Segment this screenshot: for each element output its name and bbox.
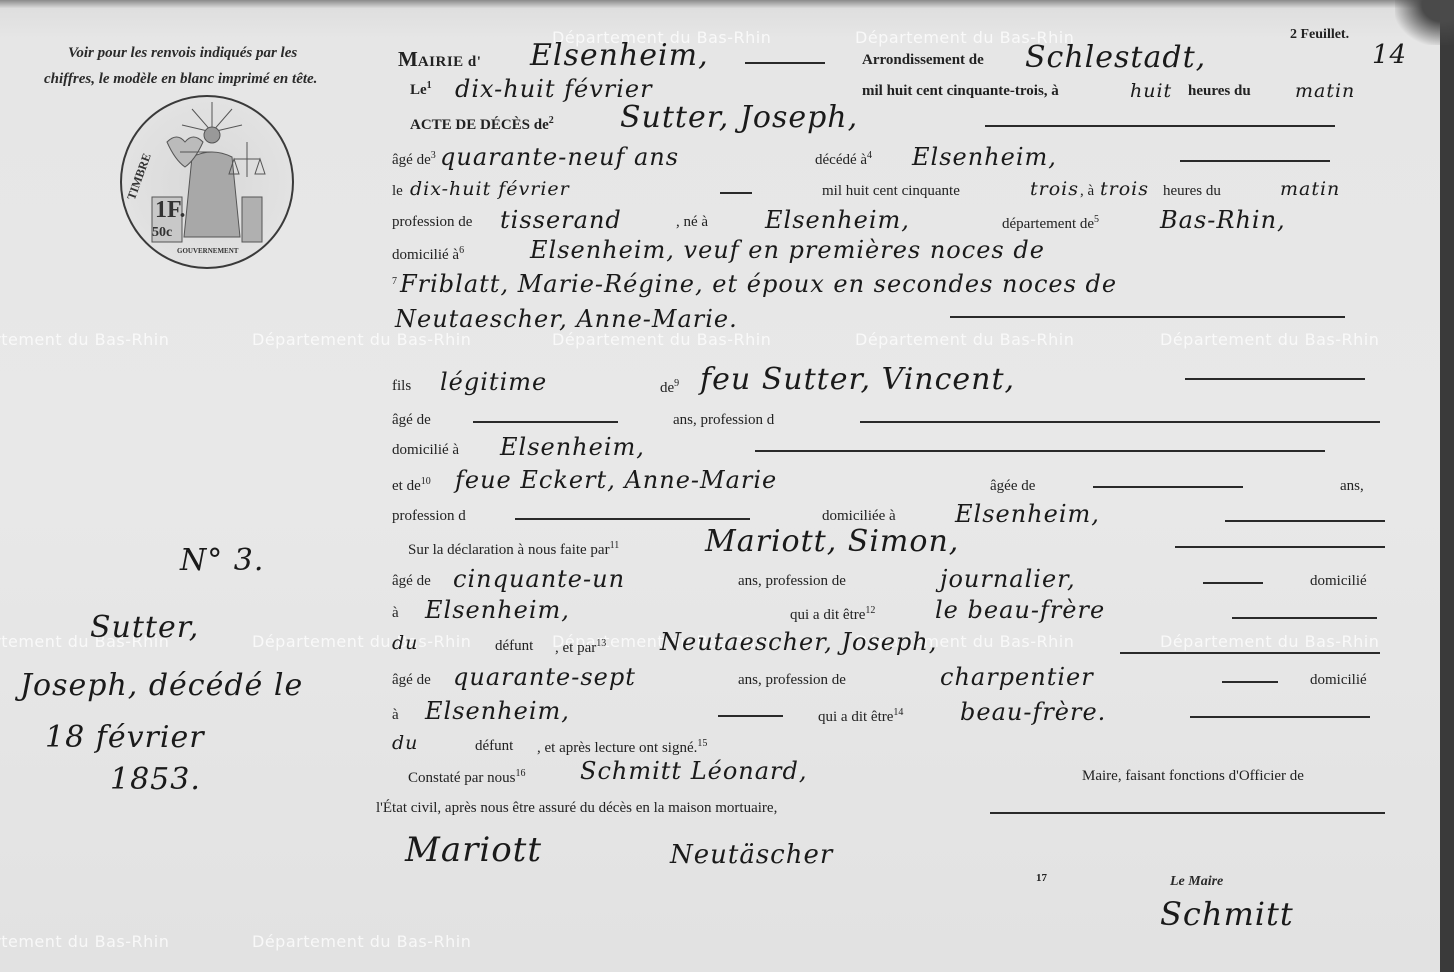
d1-age: cinquante-un (453, 565, 625, 593)
fill-line (990, 812, 1385, 814)
father-domicile: Elsenheim, (500, 433, 645, 461)
margin-summary-line: Sutter, (90, 610, 199, 645)
fiscal-stamp: TIMBRE 1F. 50c GOUVERNEMENT (120, 95, 294, 269)
fill-line (860, 421, 1380, 423)
death-date: dix-huit février (410, 178, 570, 200)
age-label: âgé de3 (392, 150, 436, 169)
le-label: Le1 (410, 80, 432, 99)
father-name: feu Sutter, Vincent, (700, 362, 1015, 397)
domicile-label: domicilié à6 (392, 245, 464, 264)
fill-line (1120, 652, 1380, 654)
de9-label: de9 (660, 378, 679, 397)
profession-value: tisserand (500, 206, 622, 234)
registration-year-text: mil huit cent cinquante-trois, à (862, 83, 1059, 100)
watermark: Département du Bas-Rhin (1160, 330, 1379, 349)
profession-label: profession de (392, 214, 472, 231)
fill-line (1225, 520, 1385, 522)
fill-line (985, 125, 1335, 127)
d1-domicile-label: domicilié (1310, 573, 1367, 590)
domicile-value: Elsenheim, veuf en premières noces de (530, 236, 1045, 264)
etat-civil-label: l'État civil, après nous être assuré du … (376, 800, 777, 817)
fils-label: fils (392, 378, 411, 395)
deceased-name: Sutter, Joseph, (620, 100, 858, 135)
fill-line (1190, 716, 1370, 718)
stamp-footer: GOUVERNEMENT (177, 247, 238, 255)
declarant1-name: Mariott, Simon, (705, 524, 959, 559)
fill-line (473, 421, 618, 423)
fill-line (1175, 546, 1385, 548)
et-de-label: et de10 (392, 476, 431, 495)
watermark: Département du Bas-Rhin (1160, 632, 1379, 651)
acte-label: ACTE DE DÉCÈS de2 (410, 115, 554, 134)
death-year-value: trois (1030, 178, 1079, 200)
signature-marker: 17 (1036, 872, 1047, 884)
death-place: Elsenheim, (912, 143, 1057, 171)
watermark: Département du Bas-Rhin (0, 932, 169, 951)
d2-prof: charpentier (940, 663, 1094, 691)
fill-line (745, 62, 825, 64)
constate-label: Constaté par nous16 (408, 768, 525, 787)
du-label-2: du (392, 732, 418, 754)
father-domicile-label: domicilié à (392, 442, 459, 459)
a-label-2: à (392, 707, 399, 724)
a-label: à (392, 605, 399, 622)
time-of-day: matin (1295, 80, 1355, 102)
fill-line (1203, 582, 1263, 584)
le-maire-label: Le Maire (1170, 874, 1223, 890)
watermark: Département du Bas-Rhin (252, 632, 471, 651)
margin-instruction-line: chiffres, le modèle en blanc imprimé en … (44, 71, 317, 88)
folio-number: 14 (1372, 40, 1407, 70)
d2-prof-label: ans, profession de (738, 672, 846, 689)
scan-right-edge (1440, 0, 1454, 972)
registration-date: dix-huit février (455, 75, 653, 103)
d1-age-label: âgé de (392, 573, 431, 590)
fill-line (1180, 160, 1330, 162)
d1-domicile: Elsenheim, (425, 596, 570, 624)
du-label: du (392, 632, 418, 654)
et-par-label: , et par13 (555, 638, 606, 657)
d2-age: quarante-sept (453, 663, 636, 691)
declarant2-name: Neutaescher, Joseph, (660, 628, 937, 656)
watermark: Département du Bas-Rhin (0, 330, 169, 349)
d1-relation: le beau-frère (935, 596, 1105, 624)
maire-label: Maire, faisant fonctions d'Officier de (1082, 768, 1304, 785)
margin-summary-line: 1853. (110, 762, 201, 797)
second-spouse: Neutaescher, Anne-Marie. (395, 305, 738, 333)
birthplace: Elsenheim, (765, 206, 910, 234)
fill-line (1185, 378, 1365, 380)
mother-domicile-label: domiciliée à (822, 508, 896, 525)
d1-prof: journalier, (940, 565, 1076, 593)
mother-domicile: Elsenheim, (955, 500, 1100, 528)
mother-age-label: âgée de (990, 478, 1035, 495)
age-value: quarante-neuf ans (440, 143, 679, 171)
lecture-label: , et après lecture ont signé.15 (537, 738, 707, 757)
death-time-of-day: matin (1280, 178, 1340, 200)
scan-corner-shadow (1395, 0, 1454, 45)
margin-summary-line: 18 février (45, 720, 205, 755)
death-hours-label: heures du (1163, 183, 1221, 200)
justice-figure-icon (122, 97, 292, 267)
declaration-label: Sur la déclaration à nous faite par11 (408, 540, 619, 559)
fill-line (1222, 681, 1278, 683)
officer-name: Schmitt Léonard, (580, 757, 808, 785)
fill-line (1232, 617, 1377, 619)
signature-declarant1: Mariott (405, 830, 542, 870)
mairie-label: MAIRIE d' (398, 47, 481, 72)
departement-value: Bas-Rhin, (1160, 206, 1286, 234)
d2-domicile: Elsenheim, (425, 697, 570, 725)
spouse-marker: 7 (392, 276, 397, 295)
mother-name: feue Eckert, Anne-Marie (455, 466, 777, 494)
death-year-text: mil huit cent cinquante (822, 183, 960, 200)
watermark: Département du Bas-Rhin (855, 330, 1074, 349)
mother-profession-label: profession d (392, 508, 466, 525)
qui-dit-label-2: qui a dit être14 (818, 707, 903, 726)
arrondissement-value: Schlestadt, (1025, 40, 1206, 75)
death-hour: trois (1100, 178, 1149, 200)
stamp-value-francs: 1F. (155, 197, 185, 224)
watermark: Département du Bas-Rhin (252, 932, 471, 951)
record-number: N° 3. (180, 543, 264, 578)
le-label-2: le (392, 183, 403, 200)
stamp-value-cents: 50c (152, 225, 172, 241)
mother-ans-label: ans, (1340, 478, 1364, 495)
d2-relation: beau-frère. (960, 698, 1106, 726)
father-age-label: âgé de (392, 412, 431, 429)
decede-label: décédé à4 (815, 150, 872, 169)
registration-hour: huit (1130, 80, 1172, 102)
signature-declarant2: Neutäscher (670, 840, 833, 870)
defunt-label: défunt (495, 638, 533, 655)
scan-top-edge (0, 0, 1454, 8)
fill-line (1093, 486, 1243, 488)
fill-line (950, 316, 1345, 318)
father-ans-label: ans, profession d (673, 412, 774, 429)
qui-dit-label: qui a dit être12 (790, 605, 875, 624)
spouse-line: Friblatt, Marie-Régine, et époux en seco… (400, 270, 1117, 298)
d1-prof-label: ans, profession de (738, 573, 846, 590)
fill-line (755, 450, 1325, 452)
fill-line (718, 715, 783, 717)
death-hour-sep: , à (1080, 183, 1094, 200)
signature-maire: Schmitt (1160, 895, 1294, 933)
d2-age-label: âgé de (392, 672, 431, 689)
margin-summary-line: Joseph, décédé le (20, 668, 303, 703)
departement-label: département de5 (1002, 214, 1099, 233)
fill-line (515, 518, 750, 520)
arrondissement-label: Arrondissement de (862, 52, 984, 69)
hours-label: heures du (1188, 83, 1251, 100)
defunt-label-2: défunt (475, 738, 513, 755)
mairie-value: Elsenheim, (530, 38, 709, 73)
feuillet-label: 2 Feuillet. (1290, 27, 1349, 43)
margin-instruction-line: Voir pour les renvois indiqués par les (68, 45, 297, 62)
fill-line (720, 192, 752, 194)
ne-label: , né à (676, 214, 708, 231)
fils-value: légitime (440, 368, 547, 396)
d2-domicile-label: domicilié (1310, 672, 1367, 689)
